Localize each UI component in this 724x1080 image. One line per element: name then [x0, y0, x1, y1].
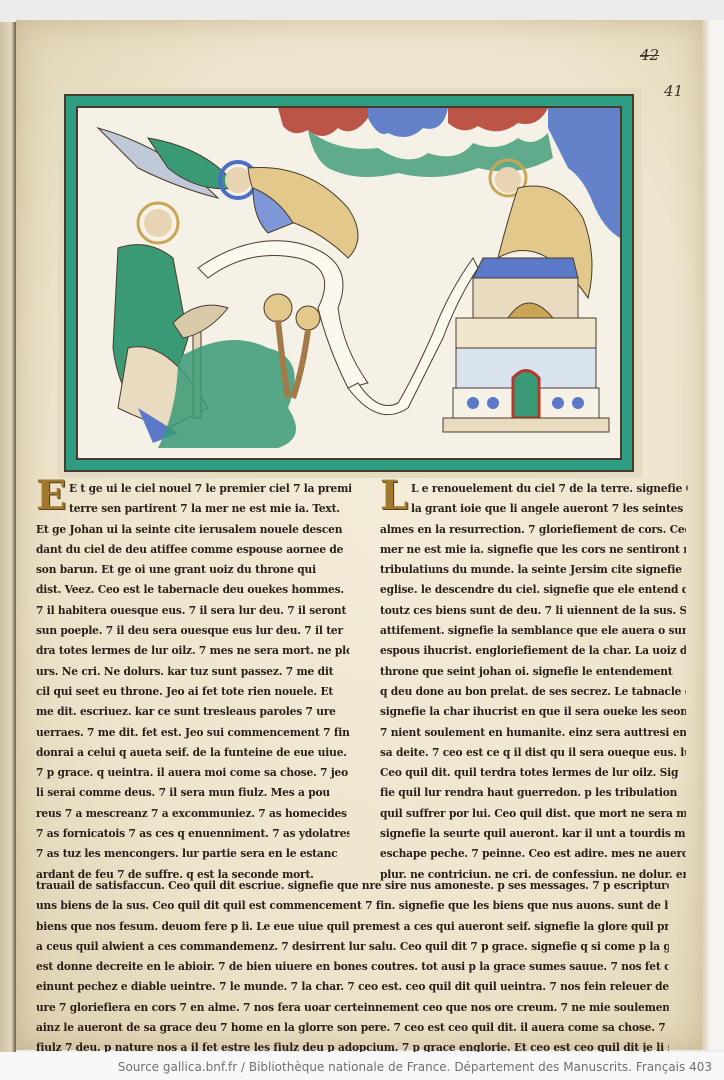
- text-line: attifement. signefie la semblance que el…: [380, 620, 686, 640]
- text-line: Ceo quil dit. quil terdra totes lermes d…: [380, 762, 686, 782]
- text-line: dant du ciel de deu atiffee comme espous…: [36, 539, 350, 559]
- text-line: almes en la resurrection. 7 gloriefiemen…: [380, 519, 686, 539]
- text-column-right: L L e renouelement du ciel 7 de la terre…: [380, 478, 702, 884]
- text-line: quil suffrer por lui. Ceo quil dist. que…: [380, 803, 686, 823]
- text-line: donrai a celui q aueta seif. de la funte…: [36, 742, 350, 762]
- text-line: 7 as fornicatois 7 as ces q enuenniment.…: [36, 823, 350, 843]
- text-line: me dit. escriuez. kar ce sunt tresleaus …: [36, 701, 350, 721]
- illumination: [76, 106, 622, 460]
- text-line: urs. Ne cri. Ne dolurs. kar tuz sunt pas…: [36, 661, 350, 681]
- text-line: einunt pechez e diable ueintre. 7 le mun…: [36, 976, 669, 996]
- text-line: tribulatiuns du munde. la seinte Jersim …: [380, 559, 686, 579]
- text-line: signefie la char ihucrist en que il sera…: [380, 701, 686, 721]
- text-line: eglise. le descendre du ciel. signefie q…: [380, 579, 686, 599]
- text-line: q deu done au bon prelat. de ses secrez.…: [380, 681, 686, 701]
- text-line: uerraes. 7 me dit. fet est. Jeo sui comm…: [36, 722, 350, 742]
- page-right-edge: [702, 20, 724, 1050]
- text-line: sun poeple. 7 il deu sera ouesque eus lu…: [36, 620, 350, 640]
- text-line: la grant ioie que li angele aueront 7 le…: [411, 498, 688, 518]
- text-line: son barun. Et ge oi une grant uoiz du th…: [36, 559, 350, 579]
- text-line: mer ne est mie ia. signefie que les cors…: [380, 539, 686, 559]
- illumination-scene-icon: [78, 108, 620, 458]
- text-line: E t ge ui le ciel nouel 7 le premier cie…: [69, 478, 351, 498]
- decorated-initial-e: E: [36, 478, 66, 514]
- text-line: sa deite. 7 ceo est ce q il dist qu il s…: [380, 742, 686, 762]
- decorated-initial-l: L: [380, 478, 408, 514]
- text-line: throne que seint johan oi. signefie le e…: [380, 661, 686, 681]
- text-line: est donne decreite en le abioir. 7 de bi…: [36, 956, 669, 976]
- text-line: fie quil lur rendra haut guerredon. p le…: [380, 782, 686, 802]
- text-line: signefie la seurte quil aueront. kar il …: [380, 823, 686, 843]
- text-line: trauail de satisfaccun. Ceo quil dit esc…: [36, 875, 669, 895]
- text-line: ainz le aueront de sa grace deu 7 home e…: [36, 1017, 669, 1037]
- manuscript-viewer: 42 41: [0, 0, 724, 1052]
- text-line: dist. Veez. Ceo est le tabernacle deu ou…: [36, 579, 350, 599]
- text-line: ure 7 gloriefiera en cors 7 en alme. 7 n…: [36, 997, 669, 1017]
- text-line: biens que nos fesum. deuom fere p li. Le…: [36, 916, 669, 936]
- text-line: 7 p grace. q ueintra. il auera moi come …: [36, 762, 350, 782]
- text-line: terre sen partirent 7 la mer ne est mie …: [69, 498, 351, 518]
- illumination-frame: [64, 94, 634, 472]
- text-line: toutz ces biens sunt de deu. 7 li uienne…: [380, 600, 686, 620]
- text-line: 7 nient soulement en humanite. einz sera…: [380, 722, 686, 742]
- text-full-width: trauail de satisfaccun. Ceo quil dit esc…: [36, 875, 702, 1058]
- text-line: espous ihucrist. engloriefiement de la c…: [380, 640, 686, 660]
- text-column-left: E E t ge ui le ciel nouel 7 le premier c…: [36, 478, 366, 884]
- text-line: cil qui seet eu throne. Jeo ai fet tote …: [36, 681, 350, 701]
- text-line: uns biens de la sus. Ceo quil dit quil e…: [36, 895, 669, 915]
- folio-number-old: 42: [640, 46, 659, 64]
- source-caption: Source gallica.bnf.fr / Bibliothèque nat…: [118, 1060, 712, 1074]
- text-line: reus 7 a mescreanz 7 a excommuniez. 7 as…: [36, 803, 350, 823]
- folio-number-new: 41: [664, 82, 683, 100]
- text-line: li serai comme deus. 7 il sera mun fiulz…: [36, 782, 350, 802]
- text-line: 7 il habitera ouesque eus. 7 il sera lur…: [36, 600, 350, 620]
- text-line: dra totes lermes de lur oilz. 7 mes ne s…: [36, 640, 350, 660]
- text-line: 7 as tuz les mencongers. lur partie sera…: [36, 843, 350, 863]
- text-line: a ceus quil alwient a ces commandemenz. …: [36, 936, 669, 956]
- text-line: eschape peche. 7 peinne. Ceo est adire. …: [380, 843, 686, 863]
- left-page-edge: [0, 22, 16, 1052]
- text-line: L e renouelement du ciel 7 de la terre. …: [411, 478, 688, 498]
- text-line: Et ge Johan ui la seinte cite ierusalem …: [36, 519, 350, 539]
